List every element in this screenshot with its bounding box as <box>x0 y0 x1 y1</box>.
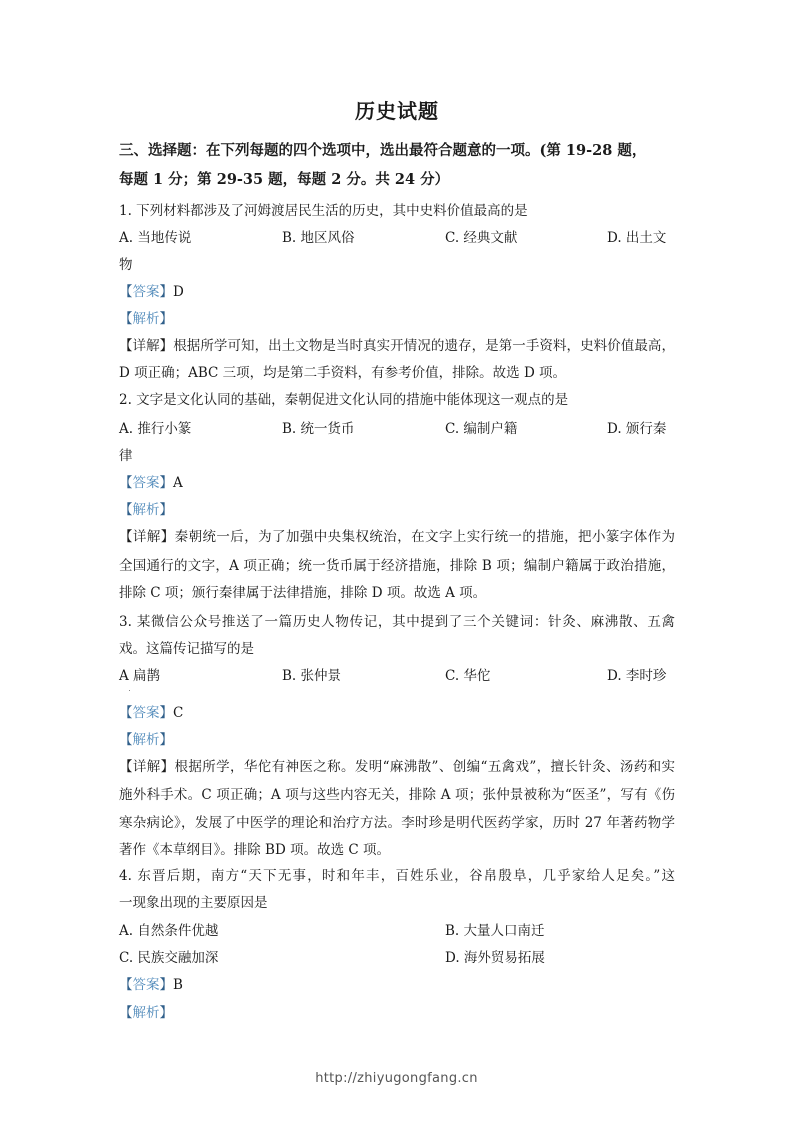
question-1-option-wrap: 物 <box>119 255 133 275</box>
question-1-detail-line-2: D 项正确；ABC 三项，均是第二手资料，有参考价值，排除。故选 D 项。 <box>119 363 566 383</box>
question-4-stem-line-2: 一现象出现的主要原因是 <box>119 893 268 913</box>
question-2-detail-line-1: 【详解】秦朝统一后，为了加强中央集权统治，在文字上实行统一的措施，把小篆字体作为 <box>119 527 675 547</box>
question-2-answer: 【答案】A <box>119 473 183 493</box>
question-1-answer: 【答案】D <box>119 282 184 302</box>
answer-label: 【答案】 <box>119 977 173 993</box>
question-4-option-d: D. 海外贸易拓展 <box>445 948 545 968</box>
question-1-option-b: B. 地区风俗 <box>282 228 355 248</box>
question-3-detail-line-3: 寒杂病论》，发展了中医学的理论和治疗方法。李时珍是明代医药学家，历时 27 年著… <box>119 813 675 833</box>
question-1-option-c: C. 经典文献 <box>445 228 517 248</box>
answer-value: B <box>173 977 183 993</box>
question-3-option-a: A 扁鹊 <box>119 666 160 686</box>
question-3-option-b: B. 张仲景 <box>282 666 341 686</box>
question-2-option-b: B. 统一货币 <box>282 419 355 439</box>
question-3-analysis-label: 【解析】 <box>119 730 173 750</box>
section-heading-line-2: 每题 1 分；第 29-35 题，每题 2 分。共 24 分） <box>119 165 679 194</box>
question-2-detail-line-3: 排除 C 项；颁行秦律属于法律措施，排除 D 项。故选 A 项。 <box>119 583 486 603</box>
question-3-detail-line-2: 施外科手术。C 项正确；A 项与这些内容无关，排除 A 项；张仲景被称为“医圣”… <box>119 785 675 805</box>
question-4-option-c: C. 民族交融加深 <box>119 948 218 968</box>
question-2-option-a: A. 推行小篆 <box>119 419 191 439</box>
question-3-option-c: C. 华佗 <box>445 666 490 686</box>
question-3-stem-line-1: 3. 某微信公众号推送了一篇历史人物传记，其中提到了三个关键词：针灸、麻沸散、五… <box>119 612 675 632</box>
answer-value: C <box>173 705 183 721</box>
section-heading-line-1: 三、选择题：在下列每题的四个选项中，选出最符合题意的一项。(第 19-28 题， <box>119 136 679 165</box>
question-2-detail-line-2: 全国通行的文字，A 项正确；统一货币属于经济措施，排除 B 项；编制户籍属于政治… <box>119 556 675 576</box>
question-2-option-c: C. 编制户籍 <box>445 419 517 439</box>
detail-label: 【详解】 <box>119 759 175 775</box>
question-3-detail-line-4: 著作《本草纲目》。排除 BD 项。故选 C 项。 <box>119 840 390 860</box>
question-4-option-a: A. 自然条件优越 <box>119 921 218 941</box>
question-2-option-wrap: 律 <box>119 446 133 466</box>
question-4-option-b: B. 大量人口南迁 <box>445 921 545 941</box>
question-3-stem-line-2: 戏。这篇传记描写的是 <box>119 639 254 659</box>
question-1-stem: 1. 下列材料都涉及了河姆渡居民生活的历史，其中史料价值最高的是 <box>119 201 528 221</box>
question-4-stem-line-1: 4. 东晋后期，南方“天下无事，时和年丰，百姓乐业，谷帛殷阜，几乎家给人足矣。”… <box>119 866 675 886</box>
answer-label: 【答案】 <box>119 705 173 721</box>
answer-value: A <box>173 475 183 491</box>
question-3-detail-line-1: 【详解】根据所学，华佗有神医之称。发明“麻沸散”、创编“五禽戏”，擅长针灸、汤药… <box>119 757 675 777</box>
answer-label: 【答案】 <box>119 284 173 300</box>
question-1-option-d: D. 出土文 <box>607 228 666 248</box>
answer-value: D <box>173 284 184 300</box>
question-1-analysis-label: 【解析】 <box>119 309 173 329</box>
question-2-analysis-label: 【解析】 <box>119 500 173 520</box>
question-3-answer: 【答案】C <box>119 703 183 723</box>
detail-label: 【详解】 <box>119 529 175 545</box>
question-2-option-d: D. 颁行秦 <box>607 419 666 439</box>
question-3-option-d: D. 李时珍 <box>607 666 666 686</box>
footer-url: http://zhiyugongfang.cn <box>0 1071 793 1086</box>
answer-label: 【答案】 <box>119 475 173 491</box>
stray-mark <box>129 690 130 691</box>
question-1-option-a: A. 当地传说 <box>119 228 191 248</box>
page-title: 历史试题 <box>119 95 675 124</box>
question-4-analysis-label: 【解析】 <box>119 1003 173 1023</box>
question-1-detail-line-1: 【详解】根据所学可知，出土文物是当时真实开情况的遗存，是第一手资料，史料价值最高… <box>119 336 675 356</box>
question-4-answer: 【答案】B <box>119 975 183 995</box>
question-2-stem: 2. 文字是文化认同的基础，秦朝促进文化认同的措施中能体现这一观点的是 <box>119 390 568 410</box>
section-heading: 三、选择题：在下列每题的四个选项中，选出最符合题意的一项。(第 19-28 题，… <box>119 136 679 194</box>
detail-label: 【详解】 <box>119 338 173 354</box>
